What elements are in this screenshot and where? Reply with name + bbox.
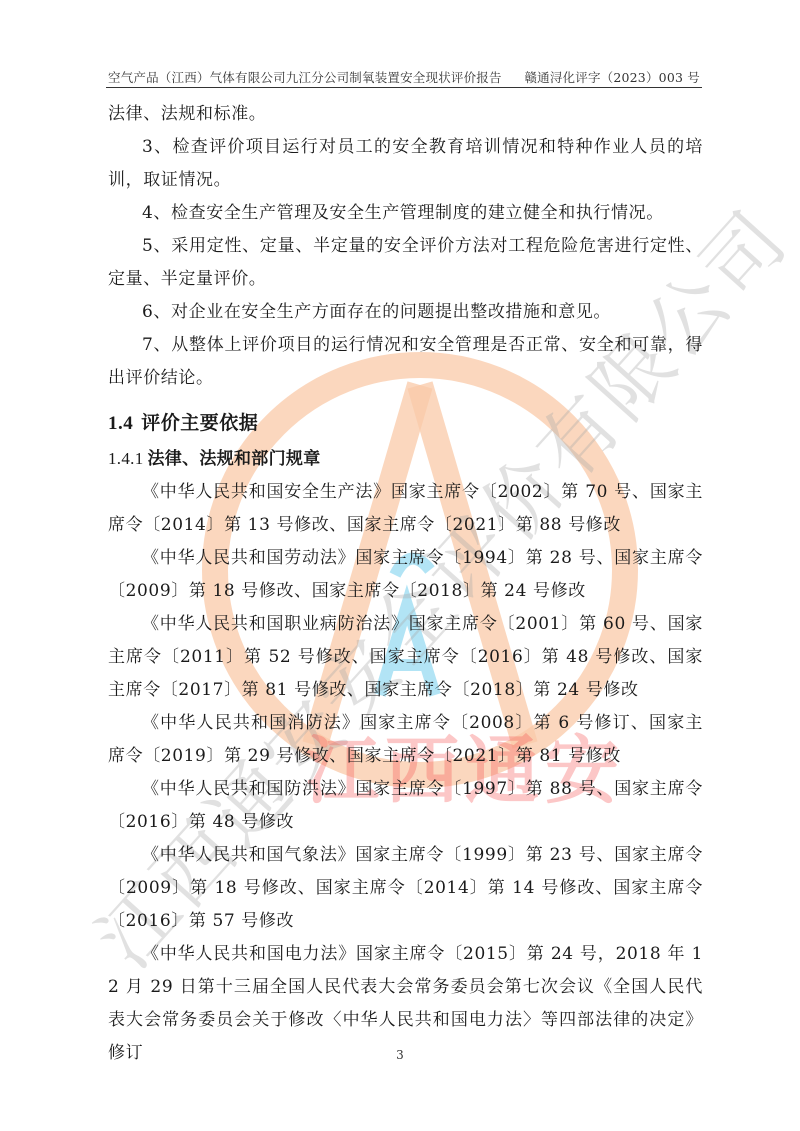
section-heading: 1.4评价主要依据	[108, 405, 703, 442]
law-item: 《中华人民共和国劳动法》国家主席令〔1994〕第 28 号、国家主席令〔2009…	[108, 542, 703, 608]
law-item: 《中华人民共和国职业病防治法》国家主席令〔2001〕第 60 号、国家主席令〔2…	[108, 608, 703, 707]
paragraph: 4、检查安全生产管理及安全生产管理制度的建立健全和执行情况。	[108, 197, 703, 230]
law-item: 《中华人民共和国安全生产法》国家主席令〔2002〕第 70 号、国家主席令〔20…	[108, 476, 703, 542]
subsection-number: 1.4.1	[108, 449, 144, 468]
report-title: 空气产品（江西）气体有限公司九江分公司制氧装置安全现状评价报告	[108, 68, 502, 86]
paragraph: 6、对企业在安全生产方面存在的问题提出整改措施和意见。	[108, 296, 703, 329]
paragraph: 5、采用定性、定量、半定量的安全评价方法对工程危险危害进行定性、定量、半定量评价…	[108, 230, 703, 296]
header-divider	[106, 87, 702, 88]
section-title: 评价主要依据	[141, 412, 258, 434]
page-header: 空气产品（江西）气体有限公司九江分公司制氧装置安全现状评价报告 赣通浔化评字（2…	[108, 64, 700, 86]
law-item: 《中华人民共和国电力法》国家主席令〔2015〕第 24 号，2018 年 12 …	[108, 938, 703, 1070]
law-item: 《中华人民共和国气象法》国家主席令〔1999〕第 23 号、国家主席令〔2009…	[108, 839, 703, 938]
section-number: 1.4	[108, 413, 133, 434]
subsection-title: 法律、法规和部门规章	[148, 449, 321, 469]
law-item: 《中华人民共和国防洪法》国家主席令〔1997〕第 88 号、国家主席令〔2016…	[108, 773, 703, 839]
subsection-heading: 1.4.1法律、法规和部门规章	[108, 442, 703, 476]
paragraph: 7、从整体上评价项目的运行情况和安全管理是否正常、安全和可靠，得出评价结论。	[108, 329, 703, 395]
law-item: 《中华人民共和国消防法》国家主席令〔2008〕第 6 号修订、国家主席令〔201…	[108, 707, 703, 773]
paragraph: 3、检查评价项目运行对员工的安全教育培训情况和特种作业人员的培训，取证情况。	[108, 131, 703, 197]
paragraph: 法律、法规和标准。	[108, 98, 703, 131]
document-page: 江西通安安全评价有限公司 江西通安 空气产品（江西）气体有限公司九江分公司制氧装…	[0, 0, 800, 1131]
page-content: 法律、法规和标准。 3、检查评价项目运行对员工的安全教育培训情况和特种作业人员的…	[108, 98, 703, 1070]
document-number: 赣通浔化评字（2023）003 号	[524, 68, 700, 86]
